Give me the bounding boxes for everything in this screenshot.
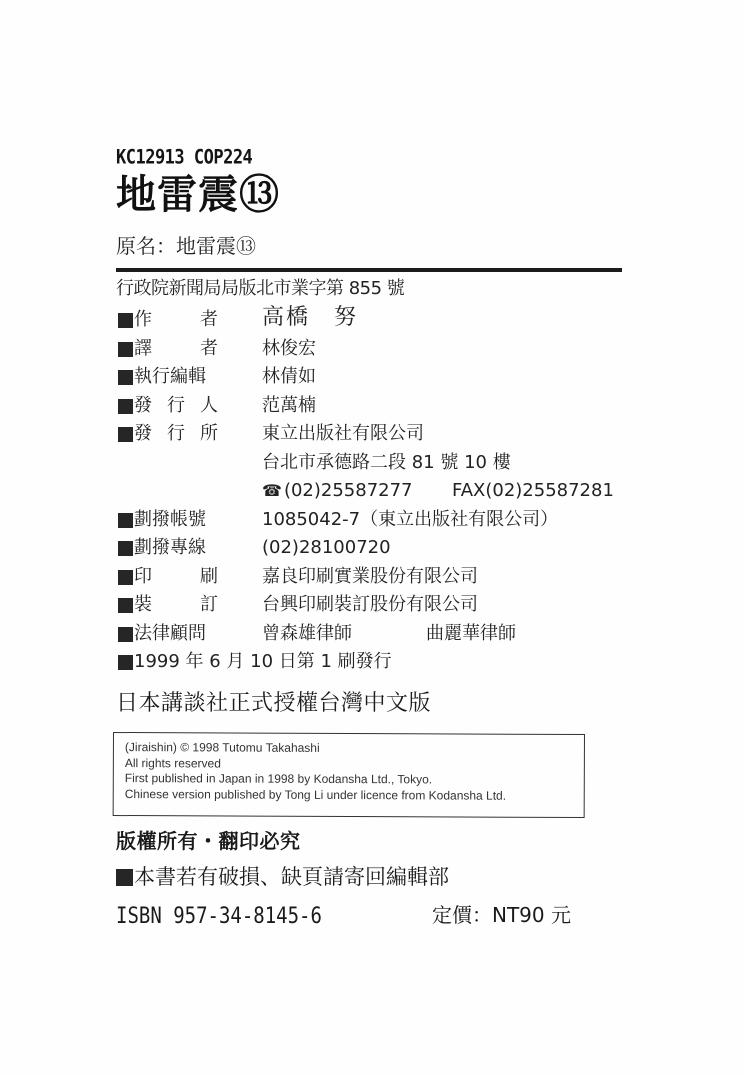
price: 定價：NT90 元 bbox=[432, 900, 571, 930]
payment-row-hotline: 劃撥專線 (02)28100720 bbox=[116, 534, 636, 563]
authorization-notice: 日本講談社正式授權台灣中文版 bbox=[116, 688, 431, 720]
production-row-binder: 裝 訂 台興印刷裝訂股份有限公司 bbox=[116, 591, 636, 620]
publication-date-row: 1999 年 6 月 10 日第 1 刷發行 bbox=[116, 648, 636, 677]
bullet-square-icon bbox=[118, 370, 133, 385]
credit-row-translator: 譯 者 林俊宏 bbox=[116, 335, 636, 364]
publisher-address-row: 台北市承德路二段 81 號 10 樓 bbox=[116, 449, 636, 478]
original-name: 原名：地雷震⑬ bbox=[116, 232, 256, 260]
production-label: 法律顧問 bbox=[134, 620, 218, 648]
legal-counsel-1: 曾森雄律師 bbox=[262, 620, 352, 648]
credit-row-editor: 執行編輯 林倩如 bbox=[116, 363, 636, 392]
payment-label: 劃撥專線 bbox=[134, 534, 218, 562]
bullet-square-icon bbox=[116, 869, 133, 886]
bullet-square-icon bbox=[118, 541, 133, 556]
book-title: 地雷震⑬ bbox=[116, 170, 280, 220]
bullet-square-icon bbox=[118, 598, 133, 613]
product-codes: KC12913 COP224 bbox=[116, 146, 252, 169]
copyright-box: (Jiraishin) © 1998 Tutomu Takahashi All … bbox=[113, 732, 585, 818]
bullet-square-icon bbox=[118, 513, 133, 528]
bullet-square-icon bbox=[118, 399, 133, 414]
credit-value-publisher-person: 范萬楠 bbox=[262, 392, 316, 420]
credit-value-translator: 林俊宏 bbox=[262, 335, 316, 363]
credit-value-publisher: 東立出版社有限公司 bbox=[262, 420, 424, 448]
payment-label: 劃撥帳號 bbox=[134, 506, 218, 534]
bullet-square-icon bbox=[118, 627, 133, 642]
production-label: 裝 訂 bbox=[134, 591, 218, 619]
credit-label: 譯 者 bbox=[134, 335, 218, 363]
copyright-line: (Jiraishin) © 1998 Tutomu Takahashi bbox=[125, 740, 584, 758]
divider-rule bbox=[116, 268, 622, 272]
credit-row-author: 作 者 高橋 努 bbox=[116, 306, 636, 335]
publisher-contact-row: ☎(02)25587277 FAX(02)25587281 bbox=[116, 477, 636, 506]
copyright-line: First published in Japan in 1998 by Koda… bbox=[125, 771, 584, 789]
credit-value-editor: 林倩如 bbox=[262, 363, 316, 391]
credit-label: 執行編輯 bbox=[134, 363, 218, 391]
legal-counsel-2: 曲麗華律師 bbox=[426, 620, 516, 648]
bullet-square-icon bbox=[118, 313, 133, 328]
bullet-square-icon bbox=[118, 655, 133, 670]
isbn: ISBN 957-34-8145-6 bbox=[116, 899, 322, 934]
colophon-page: KC12913 COP224 地雷震⑬ 原名：地雷震⑬ 行政院新聞局局版北市業字… bbox=[0, 0, 746, 1076]
credit-row-publisher-person: 發 行 人 范萬楠 bbox=[116, 392, 636, 421]
credits-list: 作 者 高橋 努 譯 者 林俊宏 執行編輯 林倩如 發 行 bbox=[116, 306, 636, 677]
bullet-square-icon bbox=[118, 342, 133, 357]
credit-label: 發 行 所 bbox=[134, 420, 218, 448]
bullet-square-icon bbox=[118, 427, 133, 442]
payment-hotline-value: (02)28100720 bbox=[262, 534, 391, 562]
credit-row-publisher: 發 行 所 東立出版社有限公司 bbox=[116, 420, 636, 449]
publisher-fax: FAX(02)25587281 bbox=[452, 477, 614, 505]
credit-label: 作 者 bbox=[134, 306, 218, 334]
damage-notice: 本書若有破損、缺頁請寄回編輯部 bbox=[116, 862, 449, 892]
publisher-phone: ☎(02)25587277 bbox=[262, 477, 413, 505]
production-printer-value: 嘉良印刷實業股份有限公司 bbox=[262, 563, 478, 591]
payment-account-value: 1085042-7（東立出版社有限公司） bbox=[262, 506, 558, 534]
production-row-legal: 法律顧問 曾森雄律師 曲麗華律師 bbox=[116, 620, 636, 649]
payment-row-account: 劃撥帳號 1085042-7（東立出版社有限公司） bbox=[116, 506, 636, 535]
telephone-icon: ☎ bbox=[262, 477, 282, 505]
production-row-printer: 印 刷 嘉良印刷實業股份有限公司 bbox=[116, 563, 636, 592]
publisher-address: 台北市承德路二段 81 號 10 樓 bbox=[262, 449, 511, 477]
production-label: 印 刷 bbox=[134, 563, 218, 591]
rights-notice: 版權所有・翻印必究 bbox=[116, 826, 301, 856]
copyright-line: Chinese version published by Tong Li und… bbox=[125, 787, 584, 805]
publication-date: 1999 年 6 月 10 日第 1 刷發行 bbox=[134, 648, 392, 676]
credit-label: 發 行 人 bbox=[134, 392, 218, 420]
production-binder-value: 台興印刷裝訂股份有限公司 bbox=[262, 591, 478, 619]
credit-value-author: 高橋 努 bbox=[262, 304, 358, 332]
license-number: 行政院新聞局局版北市業字第 855 號 bbox=[116, 276, 404, 302]
bullet-square-icon bbox=[118, 570, 133, 585]
